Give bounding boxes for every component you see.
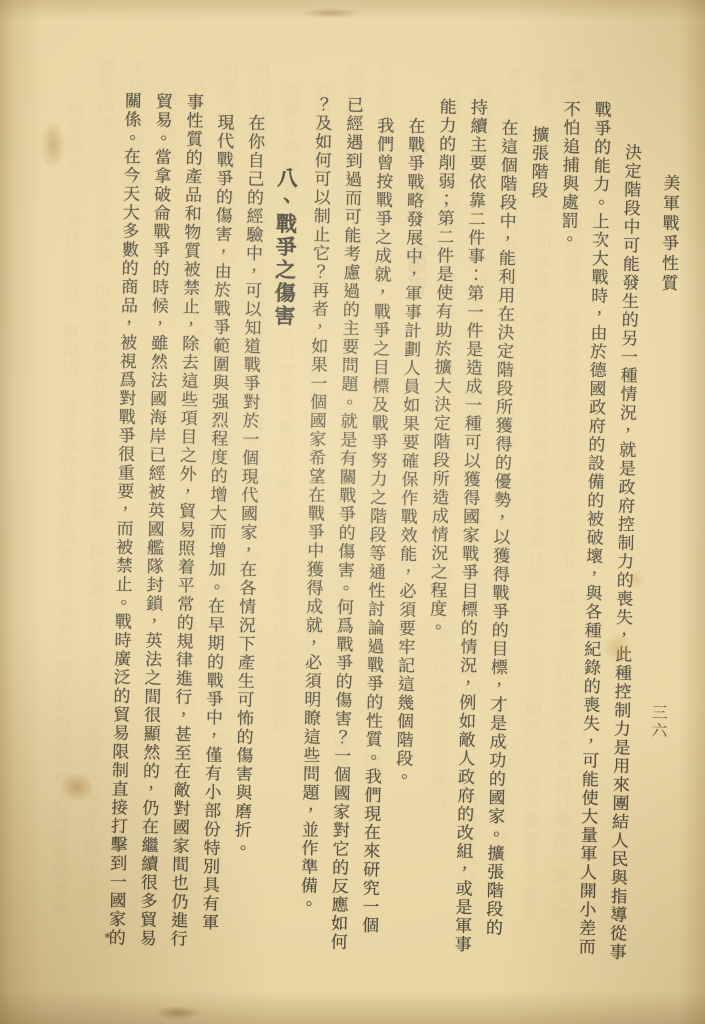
body-text: 決定階段中可能發生的另一種情況，就是政府控制力的喪失，此種控制力是用來團結人民與… bbox=[98, 91, 647, 985]
page-number: 三六 bbox=[647, 704, 671, 740]
running-title: 美軍戰爭性質 bbox=[655, 174, 682, 294]
page-sheet: 決定階段中可能發生的另一種情況，就是政府控制力的喪失，此種控制力是用來團結人民與… bbox=[0, 0, 705, 1024]
scanned-book-page: 決定階段中可能發生的另一種情況，就是政府控制力的喪失，此種控制力是用來團結人民與… bbox=[0, 0, 705, 1024]
